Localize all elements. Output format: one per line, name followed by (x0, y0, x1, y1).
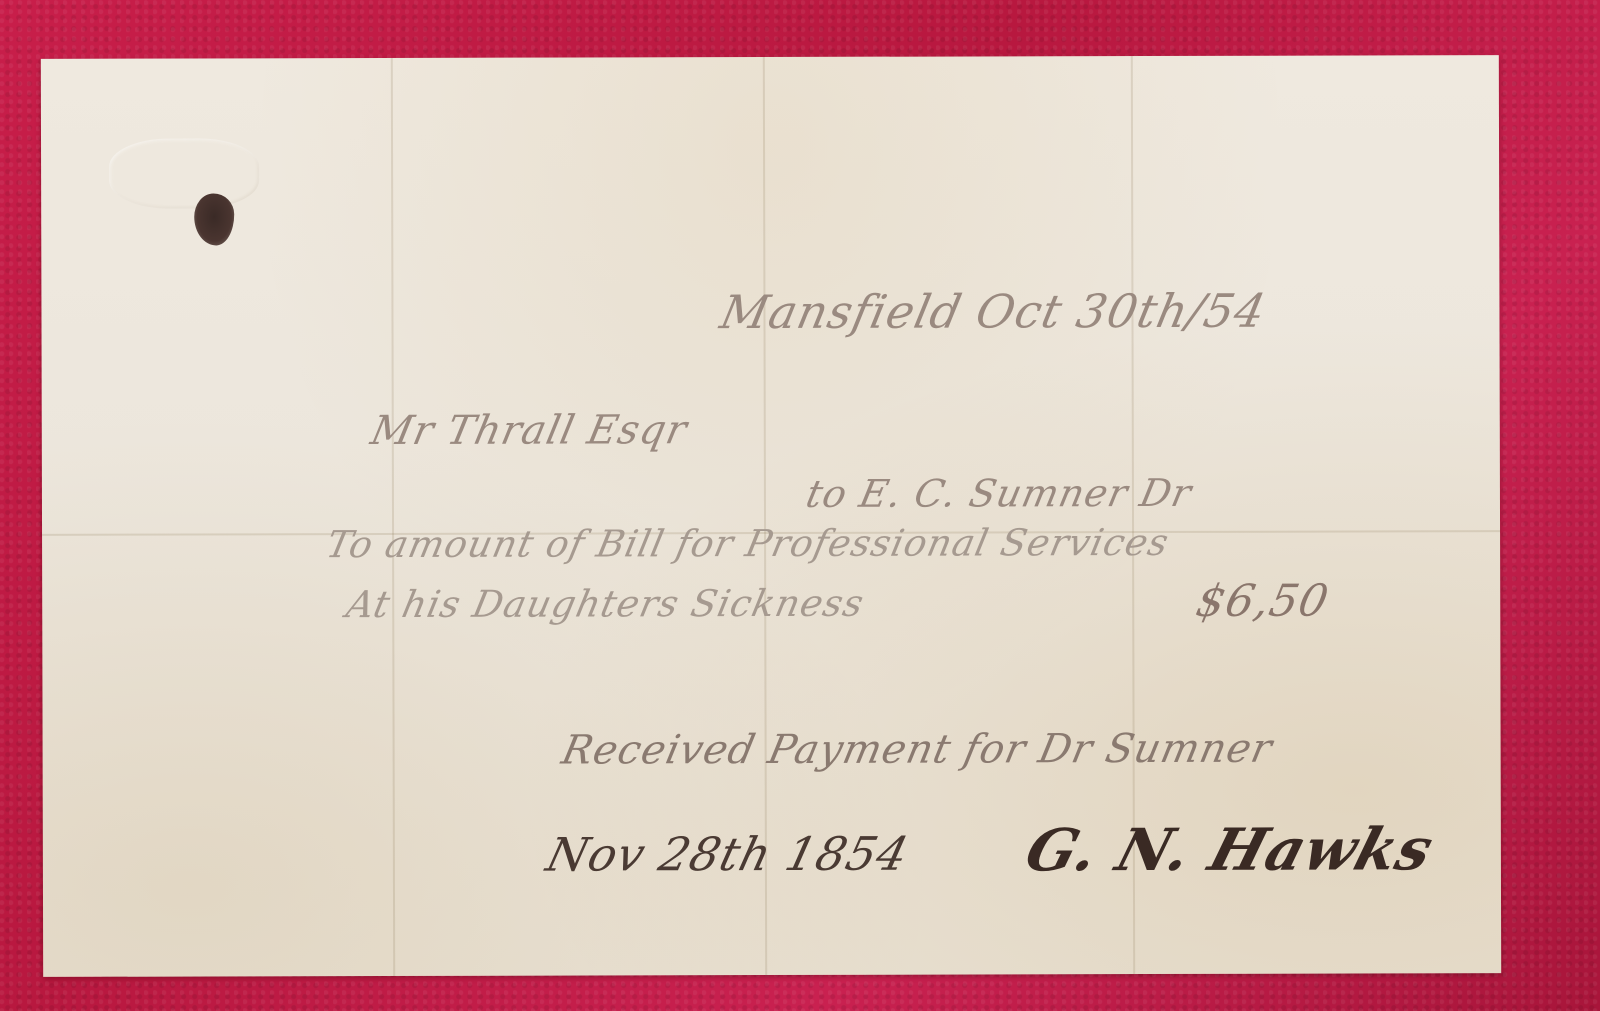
received-payment-line: Received Payment for Dr Sumner (558, 726, 1277, 774)
fold-line-vertical-1 (391, 58, 395, 976)
signature: G. N. Hawks (1018, 815, 1441, 884)
reason-line: At his Daughters Sickness (343, 582, 868, 626)
receipt-paper: Mansfield Oct 30th/54 Mr Thrall Esqr to … (41, 55, 1501, 977)
creditor-line: to E. C. Sumner Dr (802, 471, 1196, 516)
ink-blot (194, 193, 234, 245)
place-date: Mansfield Oct 30th/54 (716, 284, 1271, 339)
amount: $6,50 (1192, 576, 1334, 627)
service-line: To amount of Bill for Professional Servi… (323, 521, 1173, 566)
received-date: Nov 28th 1854 (541, 827, 914, 882)
embossed-seal (109, 138, 259, 208)
addressee: Mr Thrall Esqr (367, 407, 692, 454)
